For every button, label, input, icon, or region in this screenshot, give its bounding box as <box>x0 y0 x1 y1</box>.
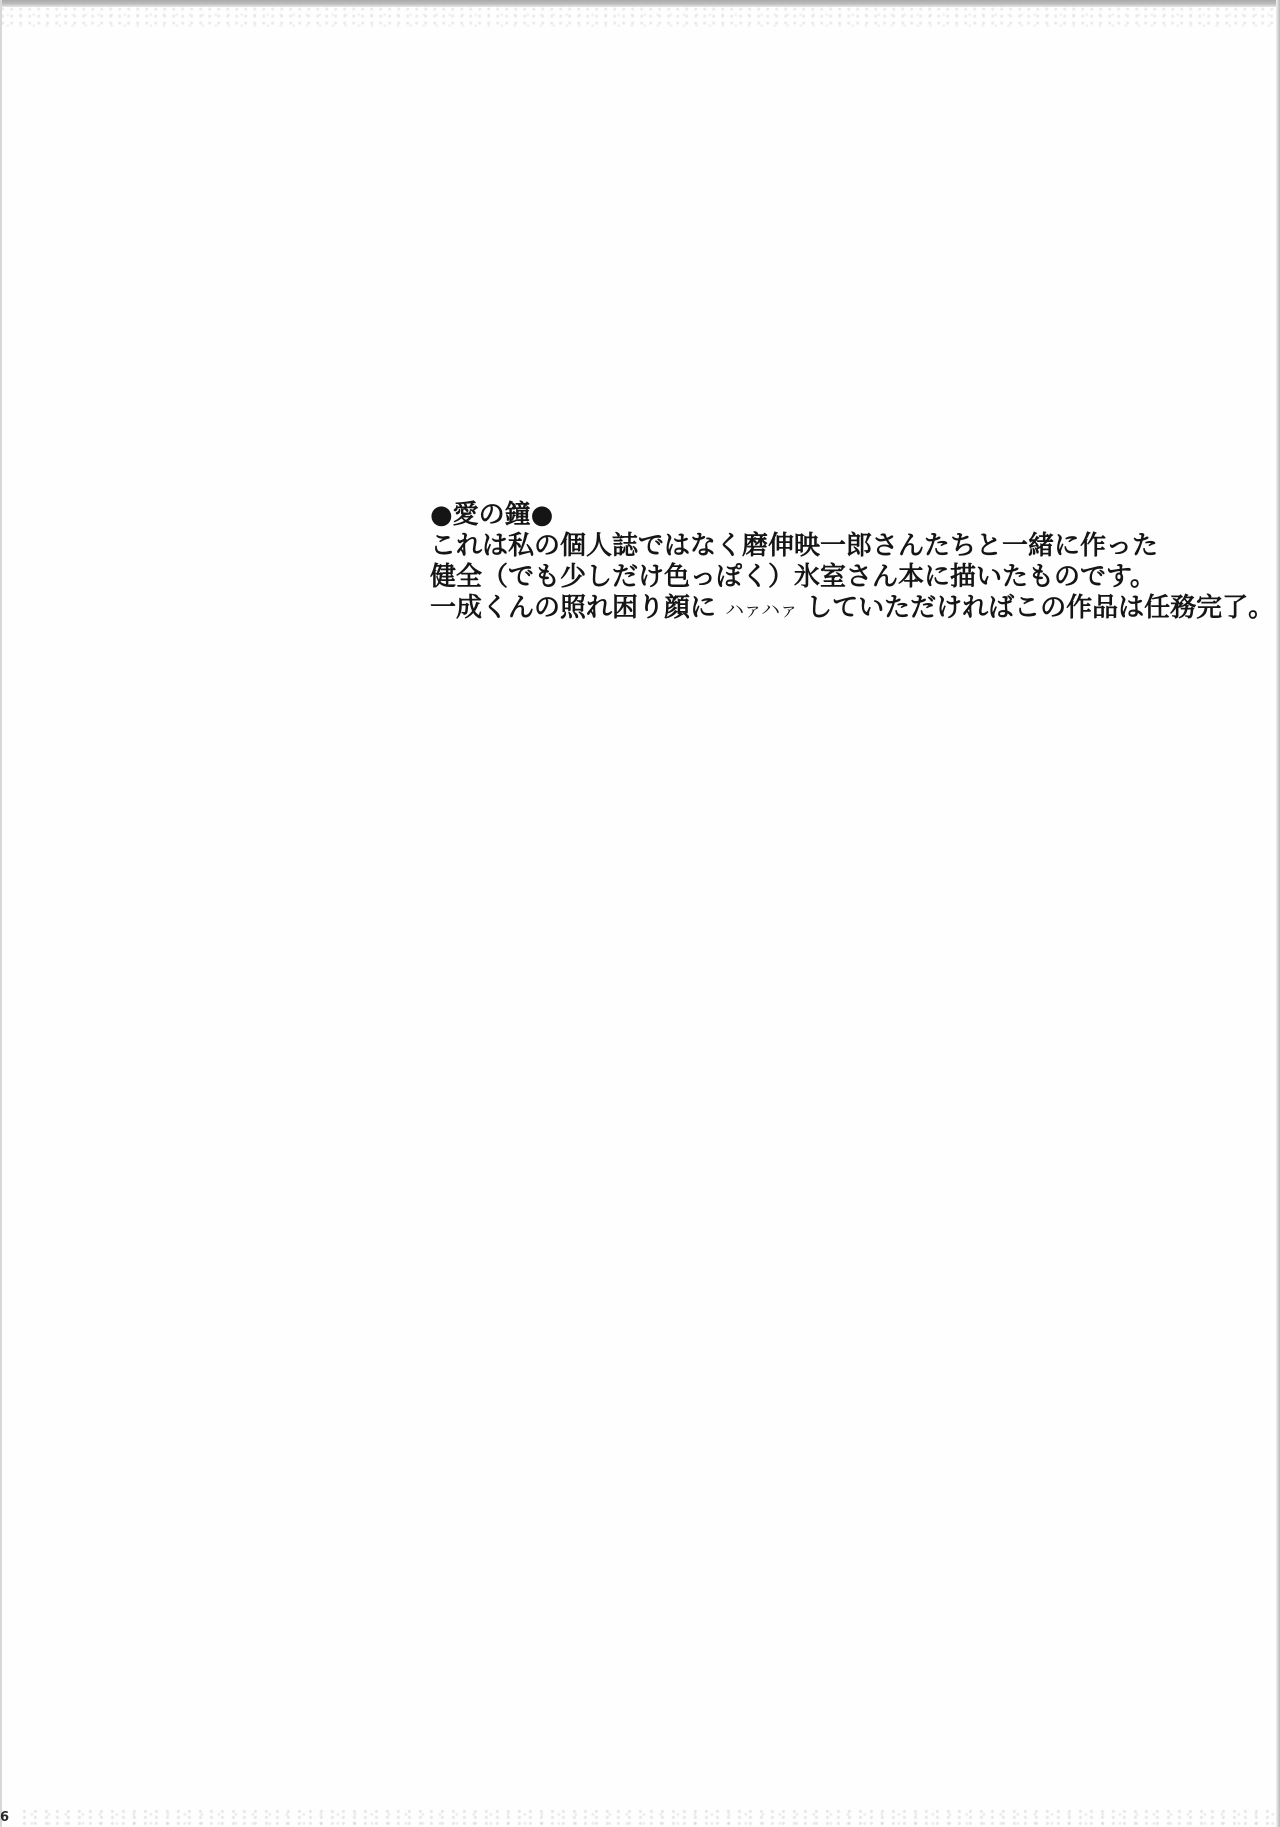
afterword-line-3-small-kana: ハァハァ <box>725 599 797 621</box>
afterword-line-2: 健全（でも少しだけ色っぽく）氷室さん本に描いたものです。 <box>430 562 1230 593</box>
afterword-line-1: これは私の個人誌ではなく磨伸映一郎さんたちと一緒に作った <box>430 531 1230 562</box>
afterword-line-3-end: していただければこの作品は任務完了。 <box>806 593 1274 623</box>
scan-noise-bottom <box>20 1809 1276 1827</box>
scanned-page: ●愛の鐘● これは私の個人誌ではなく磨伸映一郎さんたちと一緒に作った 健全（でも… <box>0 0 1280 1827</box>
afterword-line-3-start: 一成くんの照れ困り顔に <box>430 593 716 623</box>
page-number: 6 <box>0 1811 9 1825</box>
afterword-title: ●愛の鐘● <box>430 500 1230 531</box>
afterword-line-3: 一成くんの照れ困り顔に ハァハァ していただければこの作品は任務完了。 <box>430 593 1230 626</box>
scan-edge-right <box>1276 0 1280 1827</box>
scan-noise-top <box>0 7 1280 27</box>
scan-edge-top <box>0 0 1280 7</box>
scan-edge-left <box>0 0 2 1827</box>
afterword-text-block: ●愛の鐘● これは私の個人誌ではなく磨伸映一郎さんたちと一緒に作った 健全（でも… <box>430 500 1230 626</box>
